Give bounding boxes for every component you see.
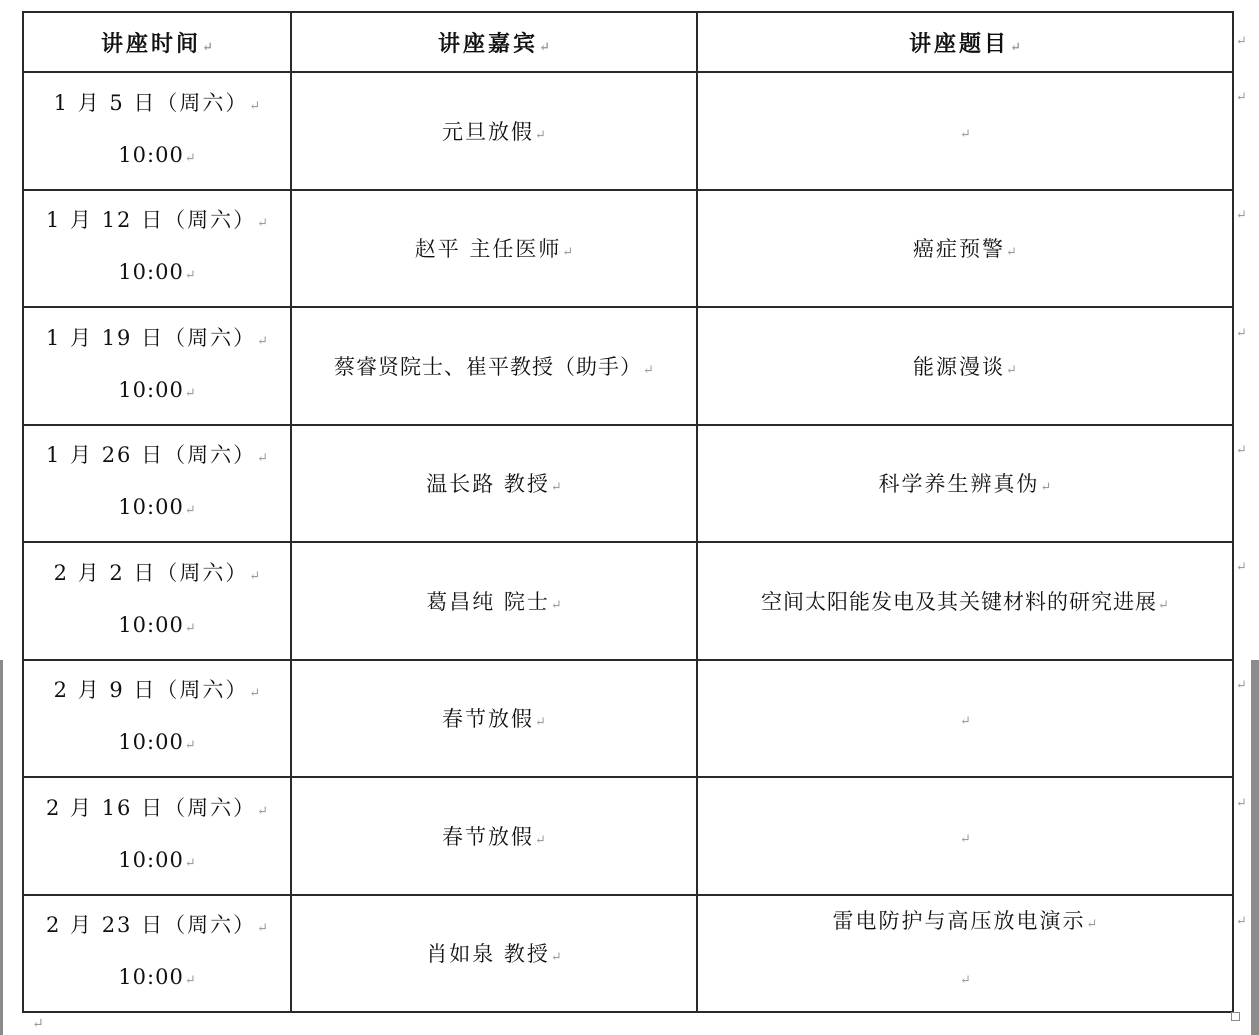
paragraph-mark-icon: ↵ xyxy=(562,245,573,260)
table-row: 1 月 5 日（周六）↵10:00↵ 元旦放假↵ ↵ xyxy=(23,72,1233,190)
left-margin-bar xyxy=(0,660,3,1035)
time-cell[interactable]: 1 月 19 日（周六）↵10:00↵ xyxy=(23,307,291,425)
guest-cell[interactable]: 葛昌纯 院士↵ xyxy=(291,542,697,660)
guest-cell[interactable]: 肖如泉 教授↵ xyxy=(291,895,697,1013)
paragraph-mark-icon: ↵ xyxy=(1041,480,1052,495)
paragraph-mark-icon: ↵ xyxy=(960,832,971,847)
topic-cell[interactable]: ↵ xyxy=(697,777,1233,895)
time-cell[interactable]: 2 月 9 日（周六）↵10:00↵ xyxy=(23,660,291,778)
header-guest[interactable]: 讲座嘉宾↵ xyxy=(291,12,697,72)
row-end-mark-icon: ↵ xyxy=(1236,443,1247,458)
time-cell[interactable]: 2 月 23 日（周六）↵10:00↵ xyxy=(23,895,291,1013)
table-row: 2 月 9 日（周六）↵10:00↵ 春节放假↵ ↵ xyxy=(23,660,1233,778)
paragraph-mark-icon: ↵ xyxy=(643,363,654,378)
time-cell[interactable]: 2 月 2 日（周六）↵10:00↵ xyxy=(23,542,291,660)
paragraph-mark-icon: ↵ xyxy=(257,804,268,819)
paragraph-mark-icon: ↵ xyxy=(535,128,546,143)
paragraph-mark-icon: ↵ xyxy=(185,268,196,283)
time-cell[interactable]: 1 月 12 日（周六）↵10:00↵ xyxy=(23,190,291,308)
topic-cell[interactable]: ↵ xyxy=(697,660,1233,778)
row-end-mark-icon: ↵ xyxy=(1236,560,1247,575)
paragraph-mark-icon: ↵ xyxy=(551,950,562,965)
guest-cell[interactable]: 蔡睿贤院士、崔平教授（助手）↵ xyxy=(291,307,697,425)
row-end-mark-icon: ↵ xyxy=(1236,326,1247,341)
paragraph-mark-icon: ↵ xyxy=(32,1016,44,1032)
paragraph-mark-icon: ↵ xyxy=(551,480,562,495)
paragraph-mark-icon: ↵ xyxy=(539,40,550,55)
row-end-marks: ↵ ↵ ↵ ↵ ↵ ↵ ↵ ↵ ↵ xyxy=(1236,0,1250,1035)
paragraph-mark-icon: ↵ xyxy=(551,598,562,613)
table-row: 1 月 12 日（周六）↵10:00↵ 赵平 主任医师↵ 癌症预警↵ xyxy=(23,190,1233,308)
time-cell[interactable]: 2 月 16 日（周六）↵10:00↵ xyxy=(23,777,291,895)
paragraph-mark-icon: ↵ xyxy=(185,386,196,401)
lecture-schedule-table: 讲座时间↵ 讲座嘉宾↵ 讲座题目↵ 1 月 5 日（周六）↵10:00↵ 元旦放… xyxy=(22,11,1234,1013)
header-row: 讲座时间↵ 讲座嘉宾↵ 讲座题目↵ xyxy=(23,12,1233,72)
row-end-mark-icon: ↵ xyxy=(1236,208,1247,223)
paragraph-mark-icon: ↵ xyxy=(1006,245,1017,260)
paragraph-mark-icon: ↵ xyxy=(960,127,971,142)
table-row: 2 月 16 日（周六）↵10:00↵ 春节放假↵ ↵ xyxy=(23,777,1233,895)
paragraph-mark-icon: ↵ xyxy=(185,503,196,518)
paragraph-mark-icon: ↵ xyxy=(960,973,971,988)
paragraph-mark-icon: ↵ xyxy=(257,334,268,349)
paragraph-mark-icon: ↵ xyxy=(185,151,196,166)
row-end-mark-icon: ↵ xyxy=(1236,914,1247,929)
vertical-scrollbar[interactable] xyxy=(1251,660,1259,1035)
guest-cell[interactable]: 元旦放假↵ xyxy=(291,72,697,190)
paragraph-mark-icon: ↵ xyxy=(1158,598,1169,613)
table-row: 2 月 23 日（周六）↵10:00↵ 肖如泉 教授↵ 雷电防护与高压放电演示↵… xyxy=(23,895,1233,1013)
paragraph-mark-icon: ↵ xyxy=(1010,40,1021,55)
paragraph-mark-icon: ↵ xyxy=(1087,917,1098,932)
row-end-mark-icon: ↵ xyxy=(1236,90,1247,105)
row-end-mark-icon: ↵ xyxy=(1236,678,1247,693)
paragraph-mark-icon: ↵ xyxy=(202,40,213,55)
table-resize-handle[interactable] xyxy=(1231,1012,1240,1021)
row-end-mark-icon: ↵ xyxy=(1236,796,1247,811)
paragraph-mark-icon: ↵ xyxy=(185,738,196,753)
paragraph-mark-icon: ↵ xyxy=(185,856,196,871)
topic-cell[interactable]: 科学养生辨真伪↵ xyxy=(697,425,1233,543)
topic-cell[interactable]: ↵ xyxy=(697,72,1233,190)
table-row: 2 月 2 日（周六）↵10:00↵ 葛昌纯 院士↵ 空间太阳能发电及其关键材料… xyxy=(23,542,1233,660)
time-cell[interactable]: 1 月 26 日（周六）↵10:00↵ xyxy=(23,425,291,543)
topic-cell[interactable]: 癌症预警↵ xyxy=(697,190,1233,308)
paragraph-mark-icon: ↵ xyxy=(960,714,971,729)
paragraph-mark-icon: ↵ xyxy=(1006,363,1017,378)
time-cell[interactable]: 1 月 5 日（周六）↵10:00↵ xyxy=(23,72,291,190)
paragraph-mark-icon: ↵ xyxy=(249,569,260,584)
table-row: 1 月 26 日（周六）↵10:00↵ 温长路 教授↵ 科学养生辨真伪↵ xyxy=(23,425,1233,543)
guest-cell[interactable]: 赵平 主任医师↵ xyxy=(291,190,697,308)
row-end-mark-icon: ↵ xyxy=(1236,34,1247,49)
guest-cell[interactable]: 温长路 教授↵ xyxy=(291,425,697,543)
table-row: 1 月 19 日（周六）↵10:00↵ 蔡睿贤院士、崔平教授（助手）↵ 能源漫谈… xyxy=(23,307,1233,425)
paragraph-mark-icon: ↵ xyxy=(257,451,268,466)
topic-cell[interactable]: 能源漫谈↵ xyxy=(697,307,1233,425)
paragraph-mark-icon: ↵ xyxy=(535,715,546,730)
topic-cell[interactable]: 雷电防护与高压放电演示↵↵ xyxy=(697,895,1233,1013)
topic-cell[interactable]: 空间太阳能发电及其关键材料的研究进展↵ xyxy=(697,542,1233,660)
header-time[interactable]: 讲座时间↵ xyxy=(23,12,291,72)
guest-cell[interactable]: 春节放假↵ xyxy=(291,660,697,778)
paragraph-mark-icon: ↵ xyxy=(257,921,268,936)
header-topic[interactable]: 讲座题目↵ xyxy=(697,12,1233,72)
paragraph-mark-icon: ↵ xyxy=(535,833,546,848)
paragraph-mark-icon: ↵ xyxy=(249,686,260,701)
paragraph-mark-icon: ↵ xyxy=(185,973,196,988)
paragraph-mark-icon: ↵ xyxy=(249,99,260,114)
guest-cell[interactable]: 春节放假↵ xyxy=(291,777,697,895)
paragraph-mark-icon: ↵ xyxy=(257,216,268,231)
paragraph-mark-icon: ↵ xyxy=(185,621,196,636)
